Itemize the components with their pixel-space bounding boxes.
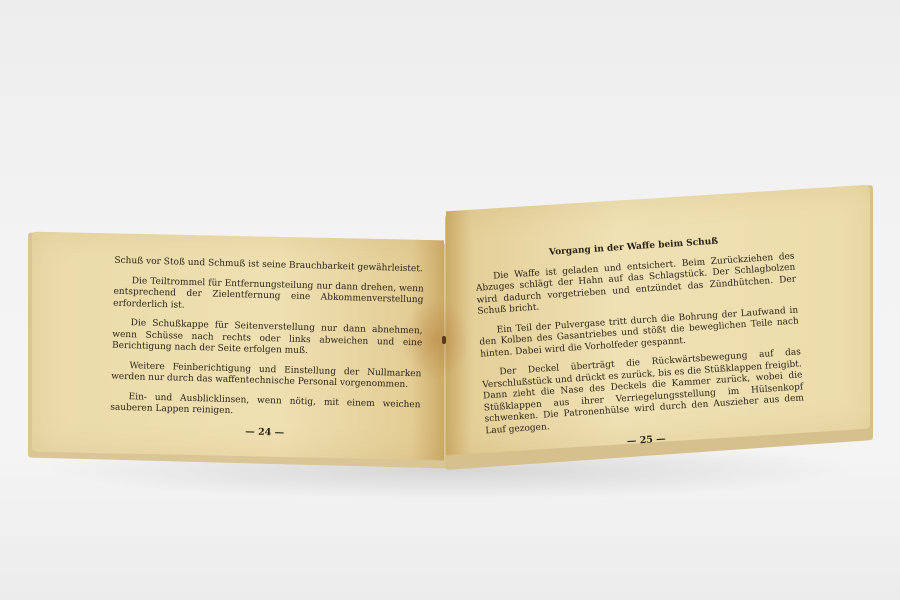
paragraph: Ein- und Ausblicklinsen, wenn nötig, mit… [110,391,421,423]
right-page-text: Vorgang in der Waffe beim Schuß Die Waff… [474,232,807,457]
paragraph: Weitere Feinberichtigung und Einstellung… [111,360,422,392]
staple [442,336,446,344]
paragraph: Die Schußkappe für Seitenverstellung nur… [112,318,423,361]
left-page-text: Schuß vor Stoß und Schmuß ist seine Brau… [110,256,425,443]
paragraph: Der Deckel überträgt die Rückwärtsbewegu… [481,347,805,437]
paragraph: Die Teiltrommel für Entfernungsteilung n… [113,275,424,318]
